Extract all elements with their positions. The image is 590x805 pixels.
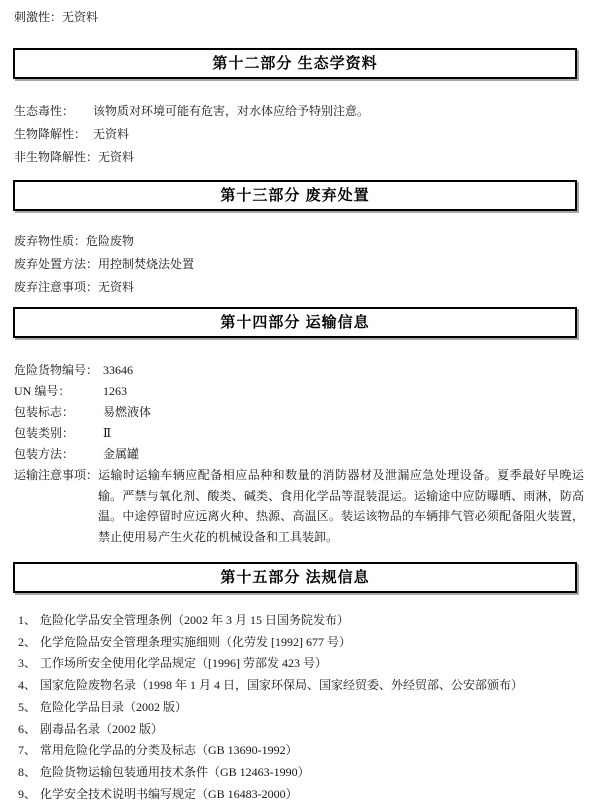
- field-value: 该物质对环境可能有危害，对水体应给予特别注意。: [93, 100, 584, 123]
- field-label: 非生物降解性：: [14, 146, 98, 169]
- field-row-un-number: UN 编号： 1263: [14, 381, 584, 402]
- field-row-packing-method: 包装方法： 金属罐: [14, 444, 584, 465]
- regulation-text: 化学危险品安全管理条理实施细则（化劳发 [1992] 677 号）: [40, 632, 584, 654]
- regulation-number: 2、: [14, 632, 40, 654]
- regulation-list: 1、 危险化学品安全管理条例（2002 年 3 月 15 日国务院发布） 2、 …: [14, 610, 584, 805]
- field-label: 包装标志：: [14, 402, 103, 423]
- field-row-waste-nature: 废弃物性质： 危险废物: [14, 230, 584, 253]
- section-13-title: 第十三部分 废弃处置: [220, 187, 369, 204]
- field-label: 生物降解性：: [14, 123, 93, 146]
- regulation-item: 2、 化学危险品安全管理条理实施细则（化劳发 [1992] 677 号）: [14, 632, 584, 654]
- regulation-text: 剧毒品名录（2002 版）: [40, 719, 584, 741]
- field-row-non-biodegradability: 非生物降解性： 无资料: [14, 146, 584, 169]
- regulation-text: 常用危险化学品的分类及标志（GB 13690-1992）: [40, 740, 584, 762]
- regulation-text: 危险货物运输包装通用技术条件（GB 12463-1990）: [40, 762, 584, 784]
- section-14-header: 第十四部分 运输信息: [13, 307, 577, 338]
- field-label: 包装类别：: [14, 423, 103, 444]
- section-12-content: 生态毒性： 该物质对环境可能有危害，对水体应给予特别注意。 生物降解性： 无资料…: [14, 100, 584, 169]
- section-14-content: 危险货物编号： 33646 UN 编号： 1263 包装标志： 易燃液体 包装类…: [14, 360, 584, 547]
- section-12-header: 第十二部分 生态学资料: [13, 48, 577, 79]
- field-value: 易燃液体: [103, 402, 584, 423]
- field-value: Ⅱ: [103, 423, 584, 444]
- field-value: 33646: [103, 360, 584, 381]
- regulation-number: 4、: [14, 675, 40, 697]
- regulation-item: 5、 危险化学品目录（2002 版）: [14, 697, 584, 719]
- regulation-item: 6、 剧毒品名录（2002 版）: [14, 719, 584, 741]
- field-row-transport-precautions: 运输注意事项： 运输时运输车辆应配备相应品种和数量的消防器材及泄漏应急处理设备。…: [14, 465, 584, 547]
- field-row-packing-category: 包装类别： Ⅱ: [14, 423, 584, 444]
- field-row-dangerous-goods-number: 危险货物编号： 33646: [14, 360, 584, 381]
- section-13-content: 废弃物性质： 危险废物 废弃处置方法： 用控制焚烧法处置 废弃注意事项： 无资料: [14, 230, 584, 299]
- field-row-eco-toxicity: 生态毒性： 该物质对环境可能有危害，对水体应给予特别注意。: [14, 100, 584, 123]
- regulation-text: 工作场所安全使用化学品规定（[1996] 劳部发 423 号）: [40, 653, 584, 675]
- regulation-text: 危险化学品目录（2002 版）: [40, 697, 584, 719]
- regulation-number: 8、: [14, 762, 40, 784]
- section-15-header: 第十五部分 法规信息: [13, 562, 577, 593]
- regulation-item: 8、 危险货物运输包装通用技术条件（GB 12463-1990）: [14, 762, 584, 784]
- regulation-item: 1、 危险化学品安全管理条例（2002 年 3 月 15 日国务院发布）: [14, 610, 584, 632]
- field-label: 废弃注意事项：: [14, 276, 98, 299]
- section-15-title: 第十五部分 法规信息: [220, 569, 369, 586]
- field-label: UN 编号：: [14, 381, 103, 402]
- irritation-value: 无资料: [62, 9, 584, 25]
- field-value: 无资料: [93, 123, 584, 146]
- regulation-number: 6、: [14, 719, 40, 741]
- irritation-row: 刺激性： 无资料: [14, 9, 584, 25]
- field-label: 运输注意事项：: [14, 465, 98, 486]
- section-13-header: 第十三部分 废弃处置: [13, 180, 577, 211]
- field-value: 金属罐: [103, 444, 584, 465]
- regulation-text: 化学安全技术说明书编写规定（GB 16483-2000）: [40, 784, 584, 805]
- regulation-item: 3、 工作场所安全使用化学品规定（[1996] 劳部发 423 号）: [14, 653, 584, 675]
- field-value: 无资料: [98, 276, 584, 299]
- regulation-text: 危险化学品安全管理条例（2002 年 3 月 15 日国务院发布）: [40, 610, 584, 632]
- field-row-disposal-method: 废弃处置方法： 用控制焚烧法处置: [14, 253, 584, 276]
- regulation-number: 1、: [14, 610, 40, 632]
- field-row-packing-mark: 包装标志： 易燃液体: [14, 402, 584, 423]
- field-value: 用控制焚烧法处置: [98, 253, 584, 276]
- regulation-number: 3、: [14, 653, 40, 675]
- field-label: 废弃物性质：: [14, 230, 86, 253]
- field-value: 运输时运输车辆应配备相应品种和数量的消防器材及泄漏应急处理设备。夏季最好早晚运输…: [98, 465, 584, 547]
- section-14-title: 第十四部分 运输信息: [220, 314, 369, 331]
- regulation-number: 9、: [14, 784, 40, 805]
- regulation-item: 9、 化学安全技术说明书编写规定（GB 16483-2000）: [14, 784, 584, 805]
- field-label: 包装方法：: [14, 444, 103, 465]
- regulation-text: 国家危险废物名录（1998 年 1 月 4 日，国家环保局、国家经贸委、外经贸部…: [40, 675, 584, 697]
- msds-document-page: 刺激性： 无资料 第十二部分 生态学资料 生态毒性： 该物质对环境可能有危害，对…: [0, 0, 590, 805]
- regulation-item: 7、 常用危险化学品的分类及标志（GB 13690-1992）: [14, 740, 584, 762]
- field-value: 无资料: [98, 146, 584, 169]
- section-12-title: 第十二部分 生态学资料: [212, 55, 377, 72]
- regulation-item: 4、 国家危险废物名录（1998 年 1 月 4 日，国家环保局、国家经贸委、外…: [14, 675, 584, 697]
- field-value: 危险废物: [86, 230, 584, 253]
- field-value: 1263: [103, 381, 584, 402]
- field-label: 危险货物编号：: [14, 360, 103, 381]
- field-label: 生态毒性：: [14, 100, 93, 123]
- regulation-number: 7、: [14, 740, 40, 762]
- regulation-number: 5、: [14, 697, 40, 719]
- field-label: 废弃处置方法：: [14, 253, 98, 276]
- field-row-disposal-precautions: 废弃注意事项： 无资料: [14, 276, 584, 299]
- field-row-biodegradability: 生物降解性： 无资料: [14, 123, 584, 146]
- irritation-label: 刺激性：: [14, 9, 62, 25]
